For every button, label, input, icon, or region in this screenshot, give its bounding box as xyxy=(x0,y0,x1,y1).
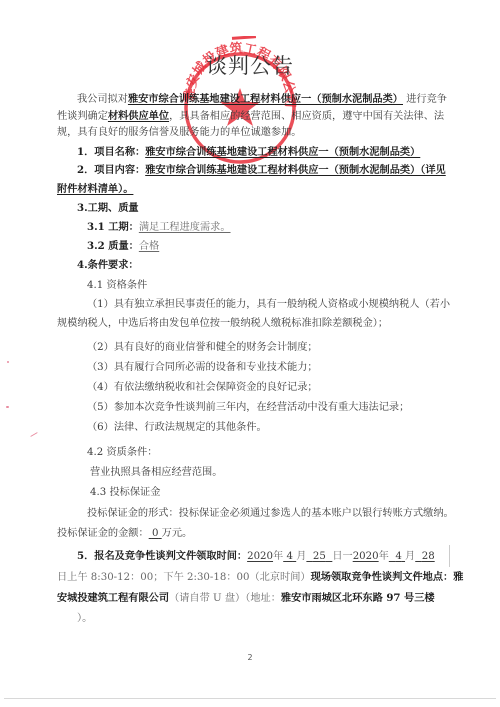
item-5-closing: ）。 xyxy=(77,612,92,626)
item-4-2-heading: 4.2 资质条件： xyxy=(87,446,157,460)
deposit-amount: 投标保证金的金额： 0 万元。 xyxy=(57,527,192,541)
item-3-2-quality: 3.2 质量：合格 xyxy=(87,239,159,254)
item-5-registration-time: 5．报名及竞争性谈判文件领取时间：2020年 4 月 25 日一2020年 4 … xyxy=(77,549,435,564)
item-4-2-text: 营业执照具备相应经营范围。 xyxy=(90,466,222,480)
condition-5: （5）参加本次竞争性谈判前三年内，在经营活动中没有重大违法记录； xyxy=(87,401,409,415)
item-3-heading: 3.工期、质量 xyxy=(77,201,139,215)
item-3-1-duration: 3.1 工期：满足工程进度需求。 xyxy=(87,220,231,235)
divider xyxy=(449,545,450,567)
stamp-speck xyxy=(7,361,9,363)
intro-line-2: 性谈判确定材料供应单位，具具备相应的经营范围、相应资质，遵守中国有关法律、法 xyxy=(57,109,444,124)
project-name-link: 雅安市综合训练基地建设工程材料供应一（预制水泥制品类） xyxy=(128,93,403,105)
item-4-heading: 4.条件要求： xyxy=(77,258,139,272)
condition-4: （4）有依法缴纳税收和社会保障资金的良好记录； xyxy=(87,381,318,395)
item-2-project-content: 2．项目内容：雅安市综合训练基地建设工程材料供应一（预制水泥制品类）（详见 xyxy=(77,163,446,177)
condition-3: （3）具有履行合同所必需的设备和专业技术能力； xyxy=(87,361,318,375)
page-number: 2 xyxy=(0,653,500,662)
condition-6: （6）法律、行政法规规定的其他条件。 xyxy=(87,421,267,435)
condition-1-cont: 规模纳税人，中选后将由发包单位按一般纳税人缴税标准扣除差额税金）； xyxy=(57,317,388,331)
condition-1: （1）具有独立承担民事责任的能力，具有一般纳税人资格或小规模纳税人（若小 xyxy=(87,298,450,312)
item-4-1-heading: 4.1 资格条件 xyxy=(87,279,147,293)
item-2-content-cont: 附件材料清单）。 xyxy=(57,182,133,196)
item-5-company-address: 安城投建筑工程有限公司（请自带 U 盘）（地址：雅安市雨城区北环东路 97 号三… xyxy=(57,591,435,606)
item-5-time-location: 日上午 8:30-12：00；下午 2:30-18：00（北京时间）现场领取竞争… xyxy=(57,570,463,585)
condition-2: （2）具有良好的商业信誉和健全的财务会计制度； xyxy=(87,341,318,355)
document-page: 雅安城投建筑工程有限公司 谈判公告 我公司拟对雅安市综合训练基地建设工程材料供应… xyxy=(0,0,500,707)
item-1-project-name: 1．项目名称：雅安市综合训练基地建设工程材料供应一（预制水泥制品类） xyxy=(77,145,420,159)
intro-line-1: 我公司拟对雅安市综合训练基地建设工程材料供应一（预制水泥制品类） 进行竞争 xyxy=(77,92,447,107)
intro-line-3: 规，具有良好的服务信誉及服务能力的单位诚邀参加。 xyxy=(57,126,302,140)
stamp-speck xyxy=(30,432,37,437)
deposit-form: 投标保证金的形式：投标保证金必须通过参选人的基本账户以银行转账方式缴纳。 xyxy=(87,507,454,521)
page-bottom-edge xyxy=(4,698,496,699)
stamp-speck xyxy=(6,406,9,408)
item-4-3-heading: 4.3 投标保证金 xyxy=(90,486,160,500)
page-title: 谈判公告 xyxy=(0,50,500,80)
